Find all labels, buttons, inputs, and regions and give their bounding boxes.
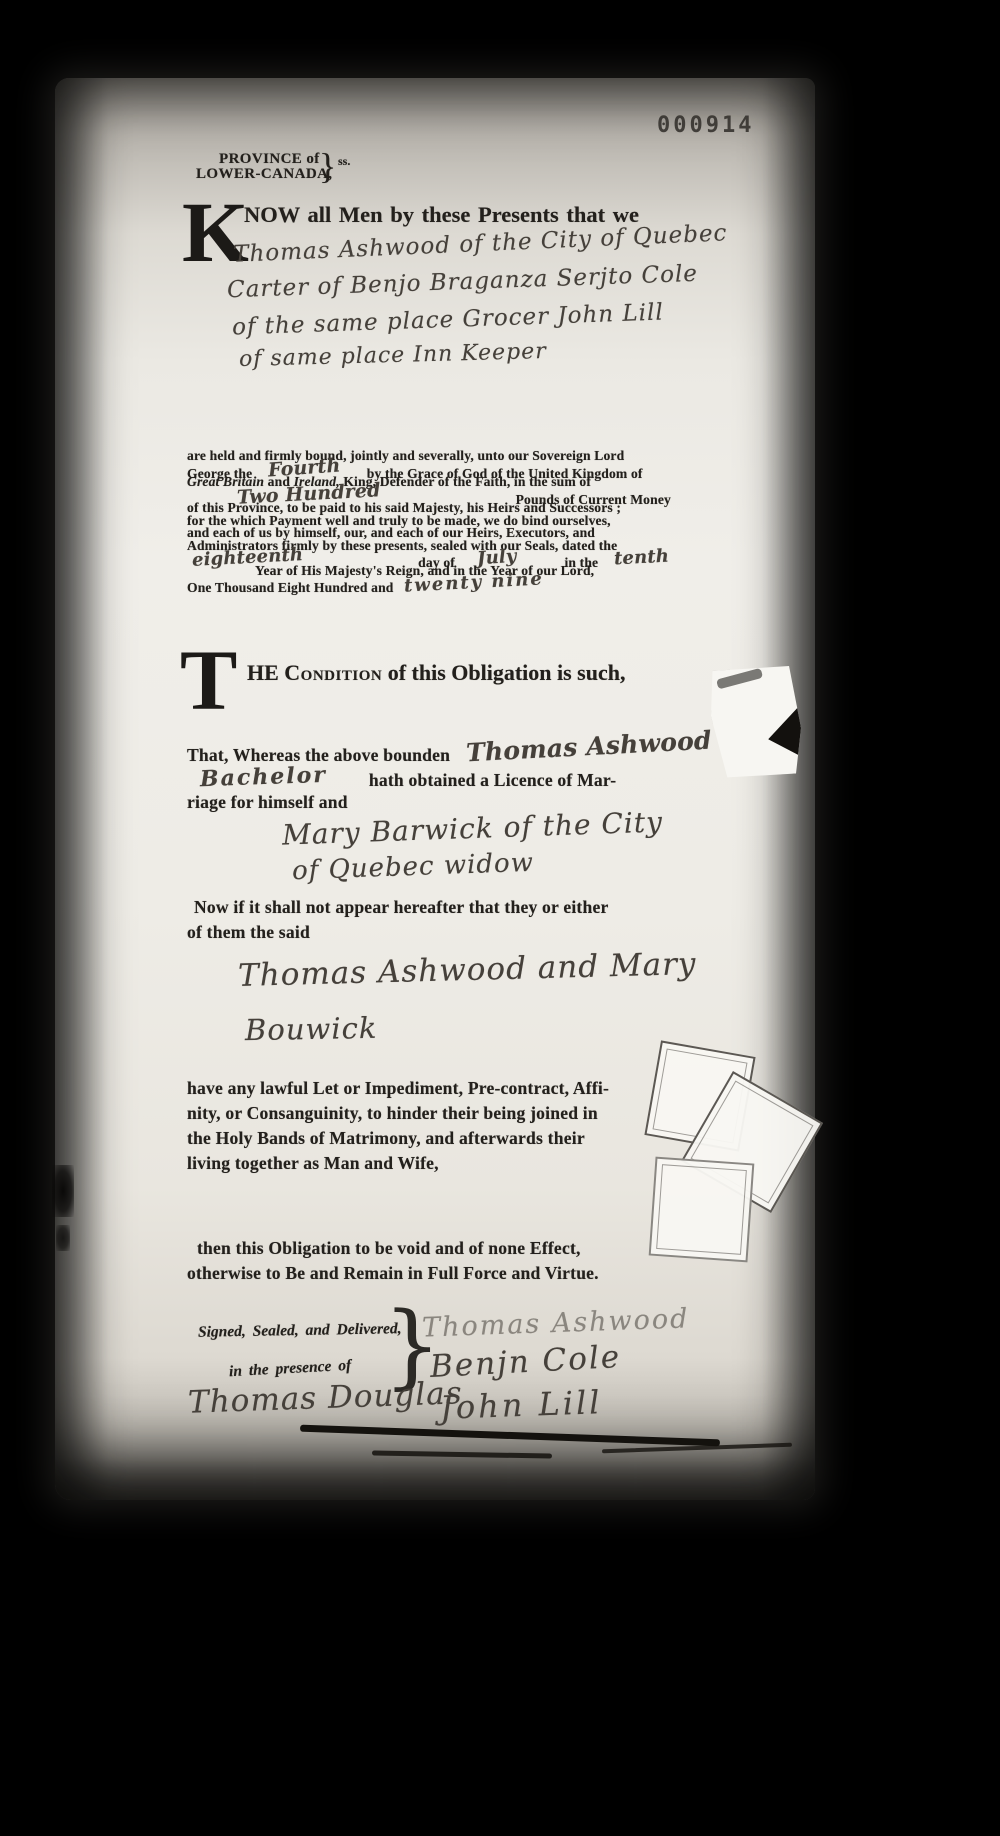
opening-heading: NOW all Men by these Presents that we <box>244 202 639 228</box>
bond-line-11-pre: One Thousand Eight Hundred and <box>187 580 394 595</box>
condition-p4: Now if it shall not appear hereafter tha… <box>194 897 609 918</box>
paper-seal <box>649 1157 755 1263</box>
condition-p6-line-3: the Holy Bands of Matrimony, and afterwa… <box>187 1128 585 1149</box>
condition-p7-line-1: then this Obligation to be void and of n… <box>197 1238 581 1259</box>
condition-p6-line-2: nity, or Consanguinity, to hinder their … <box>187 1103 598 1124</box>
condition-p6-line-4: living together as Man and Wife, <box>187 1153 439 1174</box>
condition-p7-line-2: otherwise to Be and Remain in Full Force… <box>187 1263 599 1284</box>
province-line-2: LOWER-CANADA, <box>196 166 332 183</box>
handwritten-couple-line-2: Bouwick <box>245 1011 378 1047</box>
header-brace: } <box>319 145 336 187</box>
document-scan: 000914 PROVINCE of LOWER-CANADA, } ss. K… <box>0 0 1000 1836</box>
condition-p3: riage for himself and <box>187 792 348 813</box>
condition-heading-smallcaps: Condition <box>284 660 382 685</box>
ink-smudge <box>56 1225 70 1251</box>
condition-p2: hath obtained a Licence of Mar- <box>369 770 616 790</box>
dropcap-t: T <box>180 648 237 712</box>
archive-stamp-number: 000914 <box>657 113 754 138</box>
handwritten-groom-status: Bachelor <box>200 762 328 792</box>
jurat-abbreviation: ss. <box>338 154 350 169</box>
surety-signature-2: John Lill <box>439 1383 603 1427</box>
condition-p6-line-1: have any lawful Let or Impediment, Pre-c… <box>187 1078 609 1099</box>
condition-heading-post: of this Obligation is such, <box>388 660 626 685</box>
signed-sealed-label: Signed, Sealed, and Delivered, <box>198 1320 402 1342</box>
ink-mark <box>716 668 763 690</box>
condition-p5: of them the said <box>187 922 310 943</box>
condition-heading-pre: HE <box>247 660 279 685</box>
handwritten-regnal-year: tenth <box>614 546 670 570</box>
ink-smudge <box>52 1165 74 1217</box>
